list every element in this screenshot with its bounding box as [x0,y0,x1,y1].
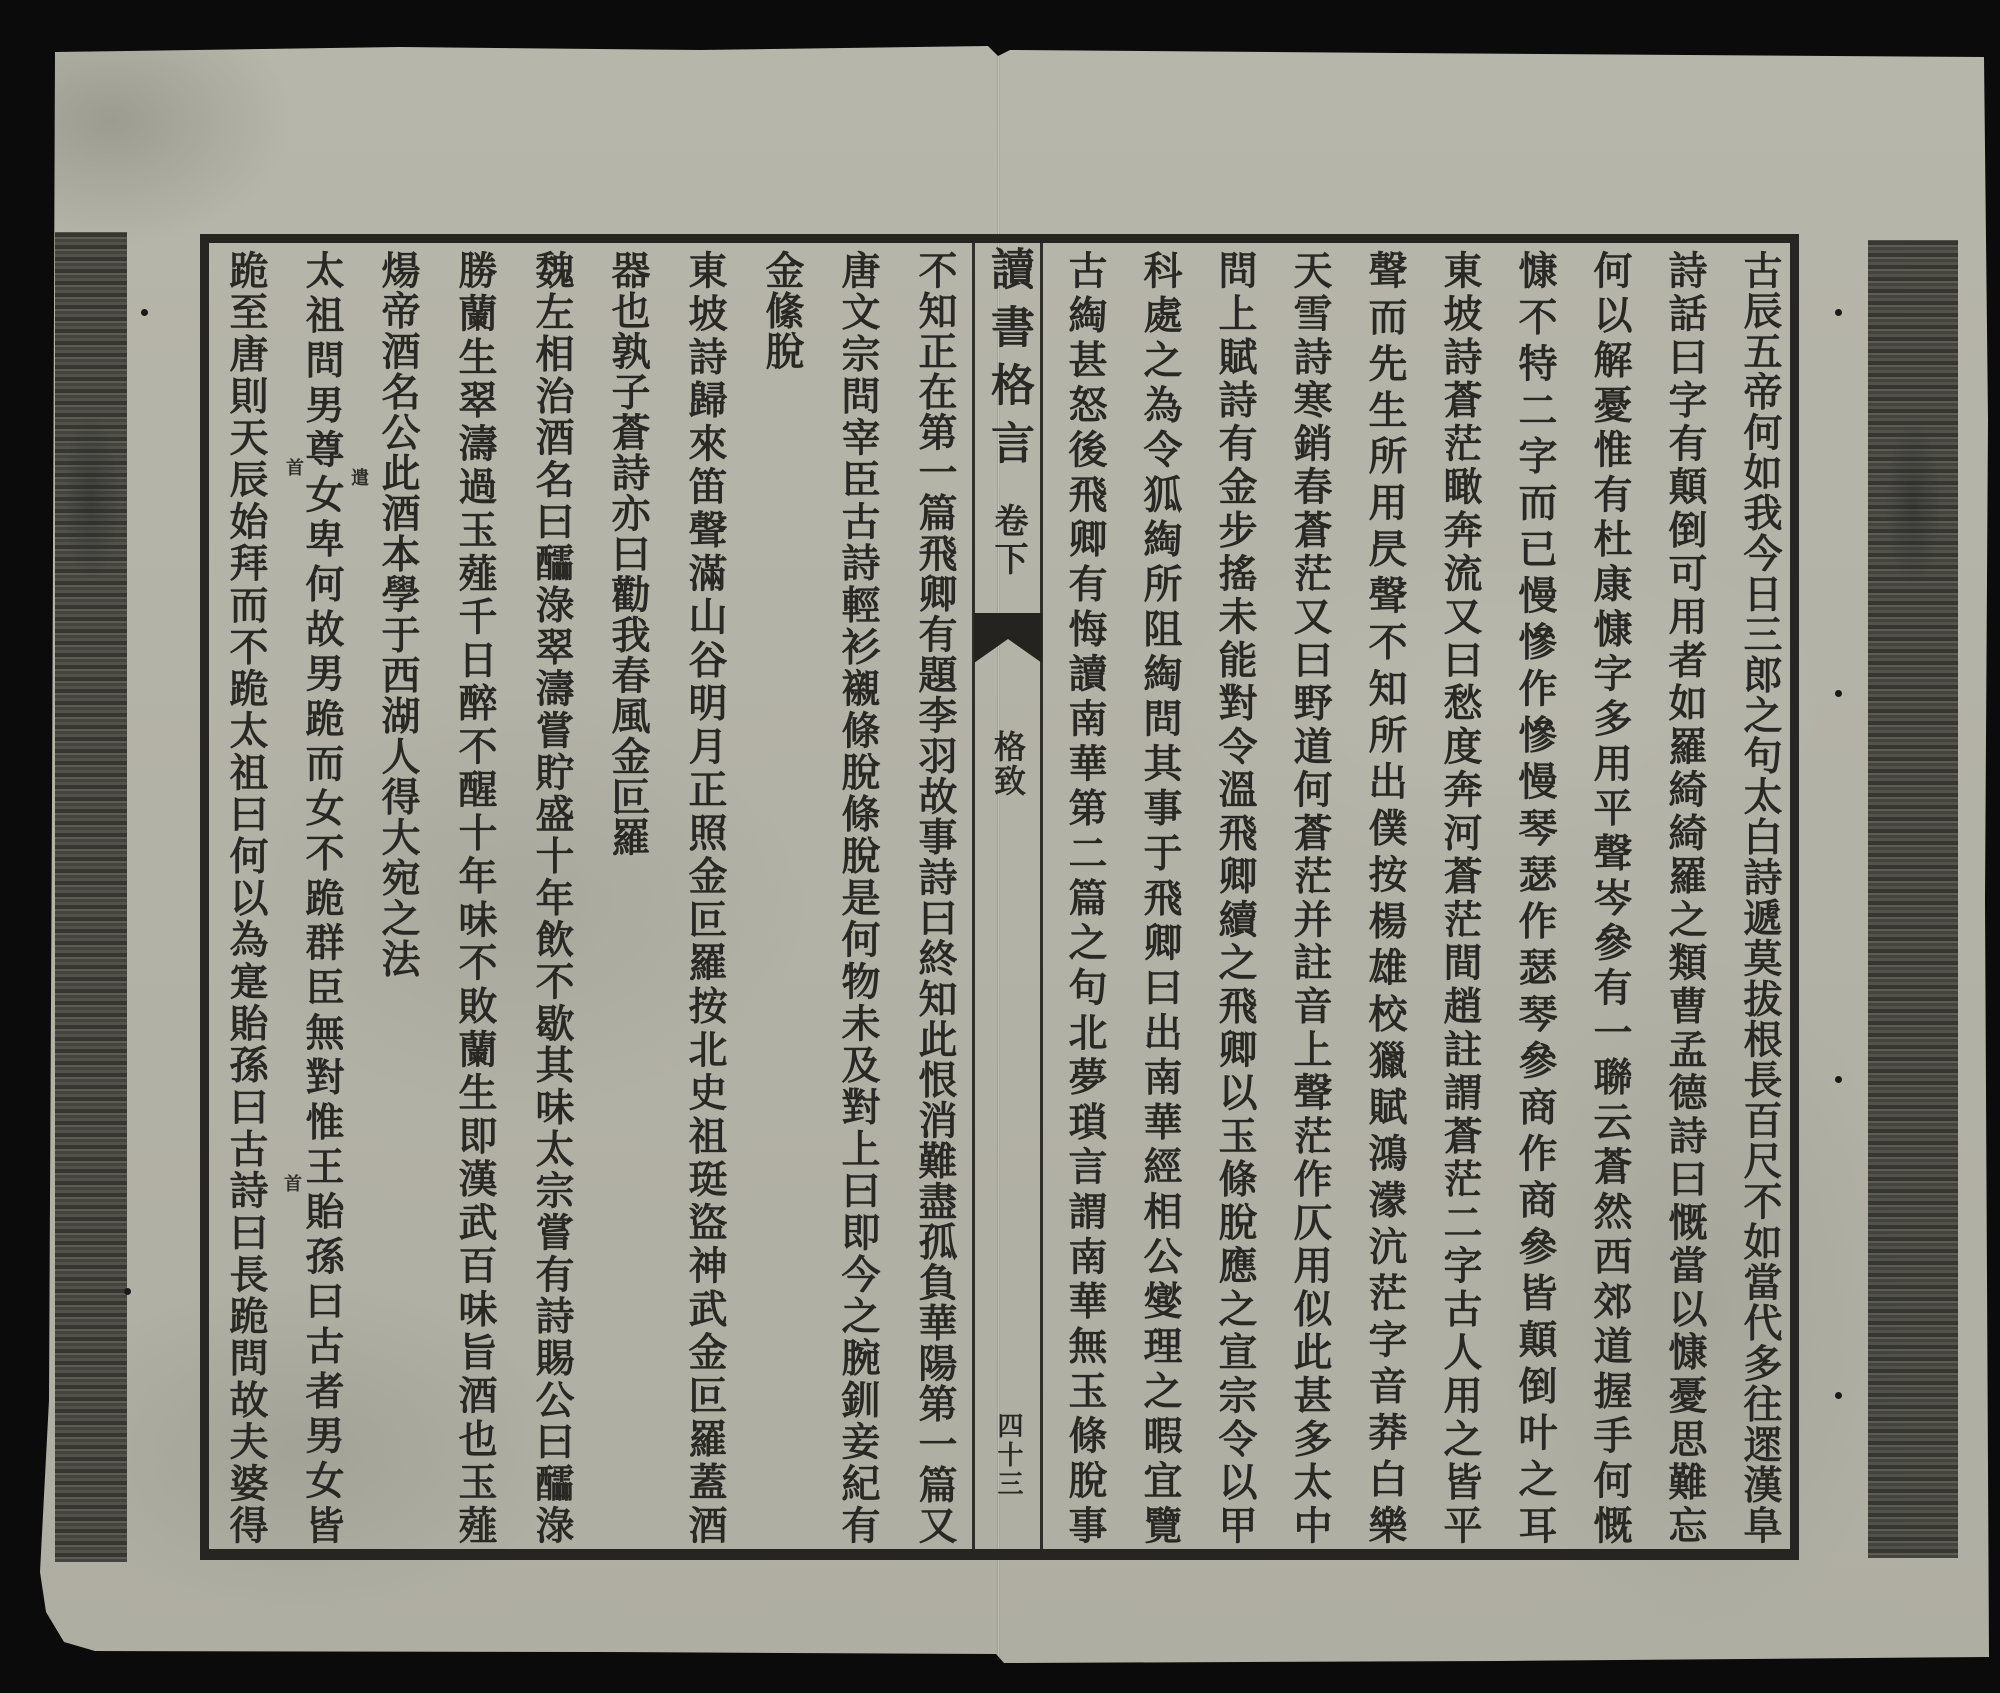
binding-hole-mark [1835,690,1842,697]
right-page-column-8: 問上賦詩有金步搖未能對令溫飛卿續之飛卿以玉條脫應之宣宗令以甲 [1205,250,1265,1544]
left-ink-edge-strip [55,232,127,1562]
left-page-column-9: 太祖問男尊女卑何故男跪而女不跪群臣無對惟王貽孫曰古者男女皆 [292,250,352,1544]
right-page-column-5: 東坡詩蒼茫瞰奔流又曰愁度奔河蒼茫間趙註謂蒼茫二字古人用之皆平 [1430,250,1490,1544]
left-page-column-8: 煬帝酒名公此酒本學于西湖人得大宛之法 [368,250,428,1544]
frame-left-border [200,234,209,1560]
right-ink-edge-strip [1868,240,1958,1558]
interlinear-annotation: 首 [280,458,306,476]
left-page-column-6: 魏左相治酒名曰醽淥翠濤嘗貯盛十年飲不歇其味太宗嘗有詩賜公曰醽淥 [522,250,582,1544]
paper-sheet: 讀書格言 卷下 格致 四十三 古辰五帝何如我今日三郎之句太白詩遞莫拔根長百尺不如… [0,0,2000,1693]
binding-hole-mark [141,309,148,316]
left-page-column-2: 唐文宗問宰臣古詩輕衫襯條脫條脫是何物未及對上曰即今之腕釧妾紀有 [828,250,888,1544]
left-page-column-7: 勝蘭生翠濤過玉薤千日醉不醒十年味不敗蘭生即漢武百味旨酒也玉薤 [445,250,505,1544]
right-page-column-6: 聲而先生所用昃聲不知所出僕按楊雄校獵賦鴻濛沆茫字音莽白樂 [1355,250,1415,1544]
left-page-column-1: 不知正在第一篇飛卿有題李羽故事詩曰終知此恨消難盡孤負華陽第一篇又 [905,250,965,1544]
right-page-column-1: 古辰五帝何如我今日三郎之句太白詩遞莫拔根長百尺不如當代多往遝漢阜 [1730,250,1790,1544]
left-page-column-5: 器也孰子蒼詩亦曰勸我春風金叵羅 [598,250,658,1544]
left-page-column-4: 東坡詩歸來笛聲滿山谷明月正照金叵羅按北史祖珽盜神武金叵羅蓋酒 [675,250,735,1544]
interlinear-annotation: 遣 [345,468,371,486]
binding-hole-mark [1835,1076,1842,1083]
binding-hole-mark [1835,309,1842,316]
interlinear-annotation: 首 [278,1174,304,1192]
right-page-column-10: 古綯甚怒後飛卿有悔讀南華第二篇之句北夢瑣言謂南華無玉條脫事 [1055,250,1115,1544]
right-page-column-4: 慷不特二字而已慢慘作慘慢琴瑟作瑟琴參商作商參皆顛倒叶之耳 [1505,250,1565,1544]
binding-hole-mark [124,1288,131,1295]
frame-top-border [200,234,1798,243]
center-column-book-title: 讀書格言 [975,246,1041,478]
right-page-column-2: 詩話曰字有顛倒可用者如羅綺綺羅之類曹孟德詩曰慨當以慷憂思難忘 [1655,250,1715,1544]
center-column-section: 格致 [975,730,1041,798]
frame-bottom-border [200,1549,1798,1560]
frame-right-border [1790,234,1799,1560]
fishtail-mark-icon [974,613,1042,663]
binding-hole-mark [1835,1392,1842,1399]
right-page-column-3: 何以解憂惟有杜康慷字多用平聲岑參有一聯云蒼然西郊道握手何慨 [1580,250,1640,1544]
left-page-column-10: 跪至唐則天辰始拜而不跪太祖曰何以為寔貽孫曰古詩曰長跪問故夫婆得 [216,250,276,1544]
right-page-column-9: 科處之為令狐綯所阻綯問其事于飛卿曰出南華經相公燮理之暇宜覽 [1130,250,1190,1544]
left-page-column-3: 金絛脫 [752,250,812,1544]
center-column-volume: 卷下 [975,503,1041,579]
center-column-page-number: 四十三 [975,1412,1041,1499]
right-page-column-7: 天雪詩寒銷春蒼茫又曰野道何蒼茫并註音上聲茫作仄用似此甚多太中 [1280,250,1340,1544]
